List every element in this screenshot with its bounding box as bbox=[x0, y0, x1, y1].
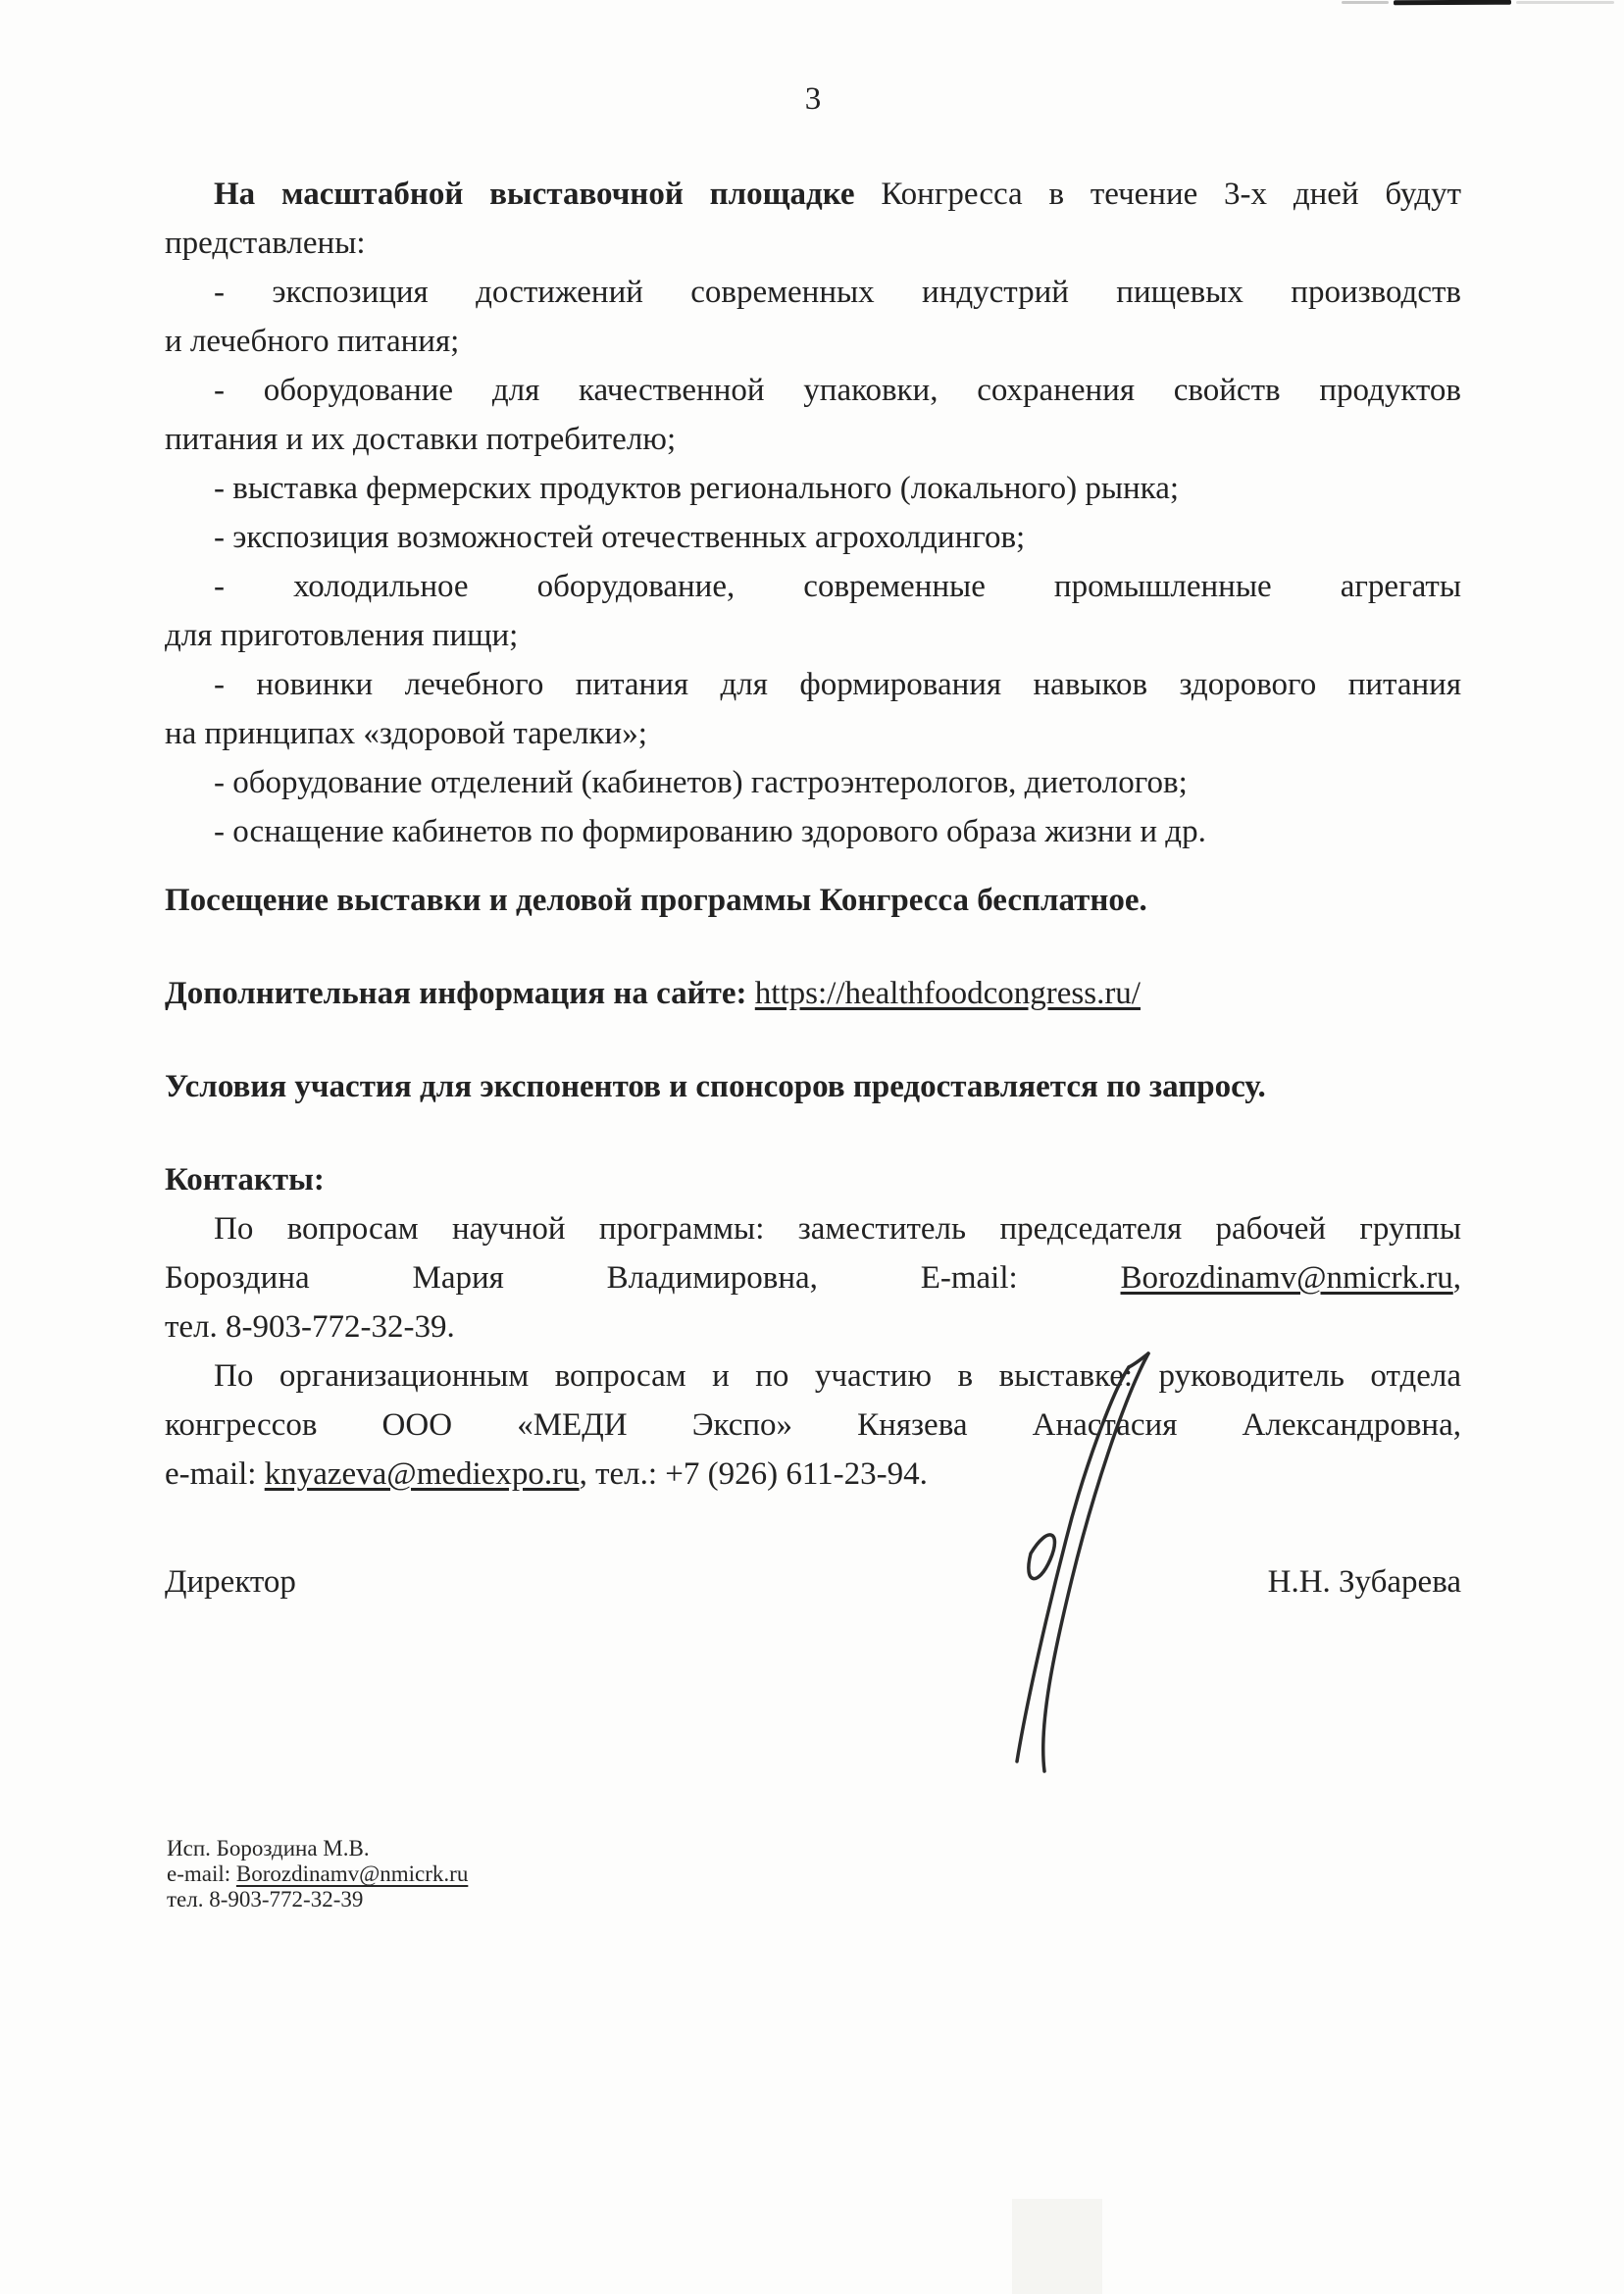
text-segment: По вопросам научной программы: заместите… bbox=[214, 1211, 1461, 1247]
list-item-exposition-line-1: - экспозиция достижений современных инду… bbox=[165, 268, 1461, 317]
scan-artifact-top-gray-right bbox=[1516, 1, 1614, 4]
executor-footer: Исп. Бороздина М.В. e-mail: Borozdinamv@… bbox=[167, 1836, 468, 1912]
text-segment: Условия участия для экспонентов и спонсо… bbox=[165, 1069, 1266, 1104]
scanned-letter-page: 3 На масштабной выставочной площадке Кон… bbox=[0, 0, 1624, 2294]
page-number: 3 bbox=[165, 75, 1461, 124]
text-segment: Посещение выставки и деловой программы К… bbox=[165, 883, 1147, 918]
paragraph-intro-line-2: представлены: bbox=[165, 219, 1461, 268]
statement-website: Дополнительная информация на сайте: http… bbox=[165, 969, 1461, 1018]
executor-email-line: e-mail: Borozdinamv@nmicrk.ru bbox=[167, 1861, 468, 1887]
handwritten-signature bbox=[966, 1351, 1172, 1773]
vertical-gap bbox=[165, 1018, 1461, 1062]
text-segment: и лечебного питания; bbox=[165, 324, 459, 359]
text-segment: Бороздина Мария Владимировна, E-mail: bbox=[165, 1260, 1121, 1296]
executor-phone: тел. 8-903-772-32-39 bbox=[167, 1887, 468, 1912]
text-segment: представлены: bbox=[165, 226, 366, 261]
signoff-title: Директор bbox=[165, 1557, 296, 1606]
signoff-name: Н.Н. Зубарева bbox=[1268, 1557, 1461, 1606]
contact-science-line-1: По вопросам научной программы: заместите… bbox=[165, 1204, 1461, 1253]
statement-participation-terms: Условия участия для экспонентов и спонсо… bbox=[165, 1062, 1461, 1111]
vertical-gap bbox=[165, 925, 1461, 969]
list-item-farm-products: - выставка фермерских продуктов регионал… bbox=[165, 464, 1461, 513]
scan-artifact-top-dark bbox=[1394, 0, 1511, 5]
list-item-packaging-line-2: питания и их доставки потребителю; bbox=[165, 415, 1461, 464]
vertical-gap bbox=[165, 856, 1461, 876]
document-body: На масштабной выставочной площадке Конгр… bbox=[165, 170, 1461, 1499]
text-segment: e-mail: bbox=[165, 1456, 265, 1492]
list-item-refrigeration-line-2: для приготовления пищи; bbox=[165, 611, 1461, 660]
text-segment: , bbox=[1453, 1260, 1461, 1296]
contact-org-line-2: конгрессов ООО «МЕДИ Экспо» Князева Анас… bbox=[165, 1401, 1461, 1450]
list-item-agroholdings: - экспозиция возможностей отечественных … bbox=[165, 513, 1461, 562]
text-segment: - оборудование отделений (кабинетов) гас… bbox=[214, 765, 1188, 800]
list-item-gastro-equipment: - оборудование отделений (кабинетов) гас… bbox=[165, 758, 1461, 807]
contact-science-line-3: тел. 8-903-772-32-39. bbox=[165, 1302, 1461, 1351]
contact-org-line-1: По организационным вопросам и по участию… bbox=[165, 1351, 1461, 1401]
list-item-refrigeration-line-1: - холодильное оборудование, современные … bbox=[165, 562, 1461, 611]
text-segment: на принципах «здоровой тарелки»; bbox=[165, 716, 647, 751]
knyazeva-email-link[interactable]: knyazeva@mediexpo.ru bbox=[265, 1456, 580, 1492]
text-segment: питания и их доставки потребителю; bbox=[165, 422, 676, 457]
list-item-packaging-line-1: - оборудование для качественной упаковки… bbox=[165, 366, 1461, 415]
executor-email-link[interactable]: Borozdinamv@nmicrk.ru bbox=[236, 1861, 468, 1886]
list-item-novelties-line-2: на принципах «здоровой тарелки»; bbox=[165, 709, 1461, 758]
text-segment: На масштабной выставочной площадке bbox=[214, 177, 855, 212]
contact-org-line-3: e-mail: knyazeva@mediexpo.ru, тел.: +7 (… bbox=[165, 1450, 1461, 1499]
contacts-heading: Контакты: bbox=[165, 1155, 1461, 1204]
vertical-gap bbox=[165, 1111, 1461, 1155]
website-link[interactable]: https://healthfoodcongress.ru/ bbox=[755, 976, 1141, 1011]
paragraph-intro-line-1: На масштабной выставочной площадке Конгр… bbox=[165, 170, 1461, 219]
text-segment: По организационным вопросам и по участию… bbox=[214, 1358, 1461, 1394]
text-segment: - новинки лечебного питания для формиров… bbox=[214, 667, 1461, 702]
text-segment: Контакты: bbox=[165, 1162, 325, 1198]
list-item-healthy-lifestyle: - оснащение кабинетов по формированию зд… bbox=[165, 807, 1461, 856]
executor-name: Исп. Бороздина М.В. bbox=[167, 1836, 468, 1861]
statement-free-admission: Посещение выставки и деловой программы К… bbox=[165, 876, 1461, 925]
email-label: e-mail: bbox=[167, 1861, 236, 1886]
contact-science-line-2: Бороздина Мария Владимировна, E-mail: Bo… bbox=[165, 1253, 1461, 1302]
scan-artifact-bottom-shadow bbox=[1012, 2199, 1102, 2294]
text-segment: - холодильное оборудование, современные … bbox=[214, 569, 1461, 604]
list-item-exposition-line-2: и лечебного питания; bbox=[165, 317, 1461, 366]
scan-artifact-top-gray-left bbox=[1342, 1, 1389, 4]
text-segment: конгрессов ООО «МЕДИ Экспо» Князева Анас… bbox=[165, 1407, 1461, 1443]
text-segment: - выставка фермерских продуктов регионал… bbox=[214, 471, 1179, 506]
text-segment: тел. 8-903-772-32-39. bbox=[165, 1309, 455, 1345]
text-segment: - оснащение кабинетов по формированию зд… bbox=[214, 814, 1206, 849]
text-segment: , тел.: +7 (926) 611-23-94. bbox=[580, 1456, 928, 1492]
borozdina-email-link[interactable]: Borozdinamv@nmicrk.ru bbox=[1121, 1260, 1453, 1296]
text-segment: Дополнительная информация на сайте: bbox=[165, 976, 755, 1011]
text-segment: - оборудование для качественной упаковки… bbox=[214, 373, 1461, 408]
list-item-novelties-line-1: - новинки лечебного питания для формиров… bbox=[165, 660, 1461, 709]
text-segment: для приготовления пищи; bbox=[165, 618, 518, 653]
signoff-row: Директор Н.Н. Зубарева bbox=[165, 1557, 1461, 1606]
text-segment: - экспозиция возможностей отечественных … bbox=[214, 520, 1025, 555]
text-segment: - экспозиция достижений современных инду… bbox=[214, 275, 1461, 310]
text-segment: Конгресса в течение 3-х дней будут bbox=[855, 177, 1461, 212]
